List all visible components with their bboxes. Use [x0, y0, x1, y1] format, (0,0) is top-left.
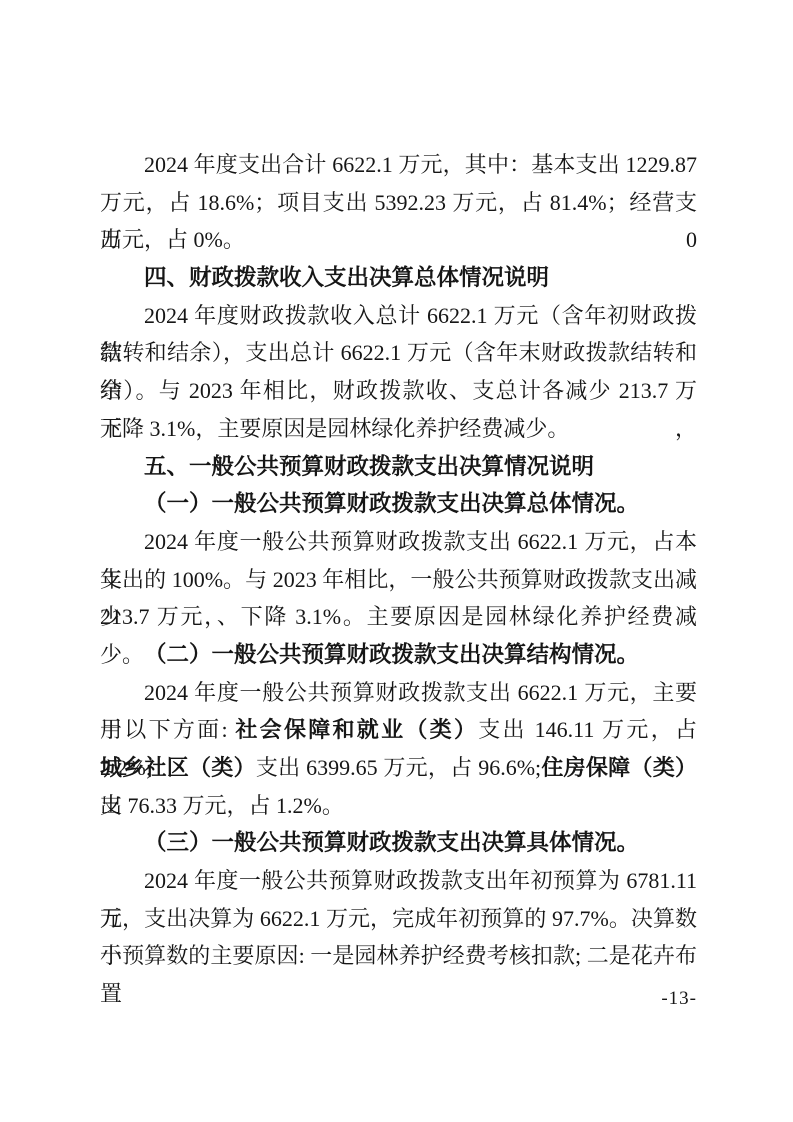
text-segment: 万元，占 0%。 — [100, 227, 245, 252]
text-segment: 于以下方面: — [100, 717, 235, 742]
text-line: 出 76.33 万元，占 1.2%。 — [100, 787, 697, 825]
text-line: 五、一般公共预算财政拨款支出决算情况说明 — [100, 448, 697, 486]
text-segment: （一）一般公共预算财政拨款支出决算总体情况。 — [144, 491, 639, 516]
para-fiscal-appropriation-overview: 2024 年度财政拨款收入总计 6622.1 万元（含年初财政拨款结转和结余），… — [100, 297, 697, 448]
text-segment: 五、一般公共预算财政拨款支出决算情况说明 — [144, 454, 594, 479]
text-line: 于预算数的主要原因: 一是园林养护经费考核扣款; 二是花卉布置 — [100, 937, 697, 975]
text-line: 213.7 万元，、下降 3.1%。主要原因是园林绿化养护经费减少。 — [100, 598, 697, 636]
para-general-budget-structure: 2024 年度一般公共预算财政拨款支出 6622.1 万元，主要用于以下方面: … — [100, 674, 697, 825]
text-line: 元，支出决算为 6622.1 万元，完成年初预算的 97.7%。决算数小 — [100, 900, 697, 938]
text-segment: 社会保障和就业（类） — [235, 717, 478, 742]
text-line: 四、财政拨款收入支出决算总体情况说明 — [100, 259, 697, 297]
document-text-block: 2024 年度支出合计 6622.1 万元，其中：基本支出 1229.87万元，… — [100, 146, 697, 975]
text-line: 结转和结余），支出总计 6622.1 万元（含年末财政拨款结转和结 — [100, 334, 697, 372]
text-segment: （三）一般公共预算财政拨款支出决算具体情况。 — [144, 830, 639, 855]
para-general-budget-overall: 2024 年度一般公共预算财政拨款支出 6622.1 万元，占本年支出的 100… — [100, 523, 697, 636]
text-segment: 出 76.33 万元，占 1.2%。 — [100, 793, 344, 818]
text-line: 2024 年度支出合计 6622.1 万元，其中：基本支出 1229.87 — [100, 146, 697, 184]
text-segment: （二）一般公共预算财政拨款支出决算结构情况。 — [144, 642, 639, 667]
text-line: 2024 年度财政拨款收入总计 6622.1 万元（含年初财政拨款 — [100, 297, 697, 335]
text-segment: 于预算数的主要原因: 一是园林养护经费考核扣款; 二是花卉布置 — [100, 943, 697, 1006]
heading-section-4: 四、财政拨款收入支出决算总体情况说明 — [100, 259, 697, 297]
text-line: 万元，占 18.6%；项目支出 5392.23 万元，占 81.4%；经营支出 … — [100, 184, 697, 222]
heading-sub-1: （一）一般公共预算财政拨款支出决算总体情况。 — [100, 485, 697, 523]
text-segment: 住房保障（类） — [541, 755, 697, 780]
document-page: 2024 年度支出合计 6622.1 万元，其中：基本支出 1229.87万元，… — [0, 0, 793, 1122]
text-line: 2024 年度一般公共预算财政拨款支出年初预算为 6781.11 万 — [100, 862, 697, 900]
heading-sub-3: （三）一般公共预算财政拨款支出决算具体情况。 — [100, 824, 697, 862]
text-line: （二）一般公共预算财政拨款支出决算结构情况。 — [100, 636, 697, 674]
text-line: （三）一般公共预算财政拨款支出决算具体情况。 — [100, 824, 697, 862]
para-expenditure-summary: 2024 年度支出合计 6622.1 万元，其中：基本支出 1229.87万元，… — [100, 146, 697, 259]
text-segment: 城乡社区（类） — [100, 755, 256, 780]
text-line: 于以下方面: 社会保障和就业（类）支出 146.11 万元，占 2.2%; — [100, 711, 697, 749]
text-line: 余）。与 2023 年相比，财政拨款收、支总计各减少 213.7 万元， — [100, 372, 697, 410]
text-segment: 支出 6399.65 万元，占 96.6%; — [256, 755, 541, 780]
text-line: 2024 年度一般公共预算财政拨款支出 6622.1 万元，主要用 — [100, 674, 697, 712]
text-segment: 下降 3.1%，主要原因是园林绿化养护经费减少。 — [100, 416, 569, 441]
text-line: 2024 年度一般公共预算财政拨款支出 6622.1 万元，占本年 — [100, 523, 697, 561]
para-general-budget-detail: 2024 年度一般公共预算财政拨款支出年初预算为 6781.11 万元，支出决算… — [100, 862, 697, 975]
text-segment: 四、财政拨款收入支出决算总体情况说明 — [144, 265, 549, 290]
text-line: 城乡社区（类）支出 6399.65 万元，占 96.6%;住房保障（类）支 — [100, 749, 697, 787]
text-line: （一）一般公共预算财政拨款支出决算总体情况。 — [100, 485, 697, 523]
heading-sub-2: （二）一般公共预算财政拨款支出决算结构情况。 — [100, 636, 697, 674]
page-number: -13- — [661, 988, 697, 1010]
text-segment: 2024 年度支出合计 6622.1 万元，其中：基本支出 1229.87 — [144, 152, 697, 177]
text-line: 支出的 100%。与 2023 年相比，一般公共预算财政拨款支出减少 — [100, 561, 697, 599]
heading-section-5: 五、一般公共预算财政拨款支出决算情况说明 — [100, 448, 697, 486]
